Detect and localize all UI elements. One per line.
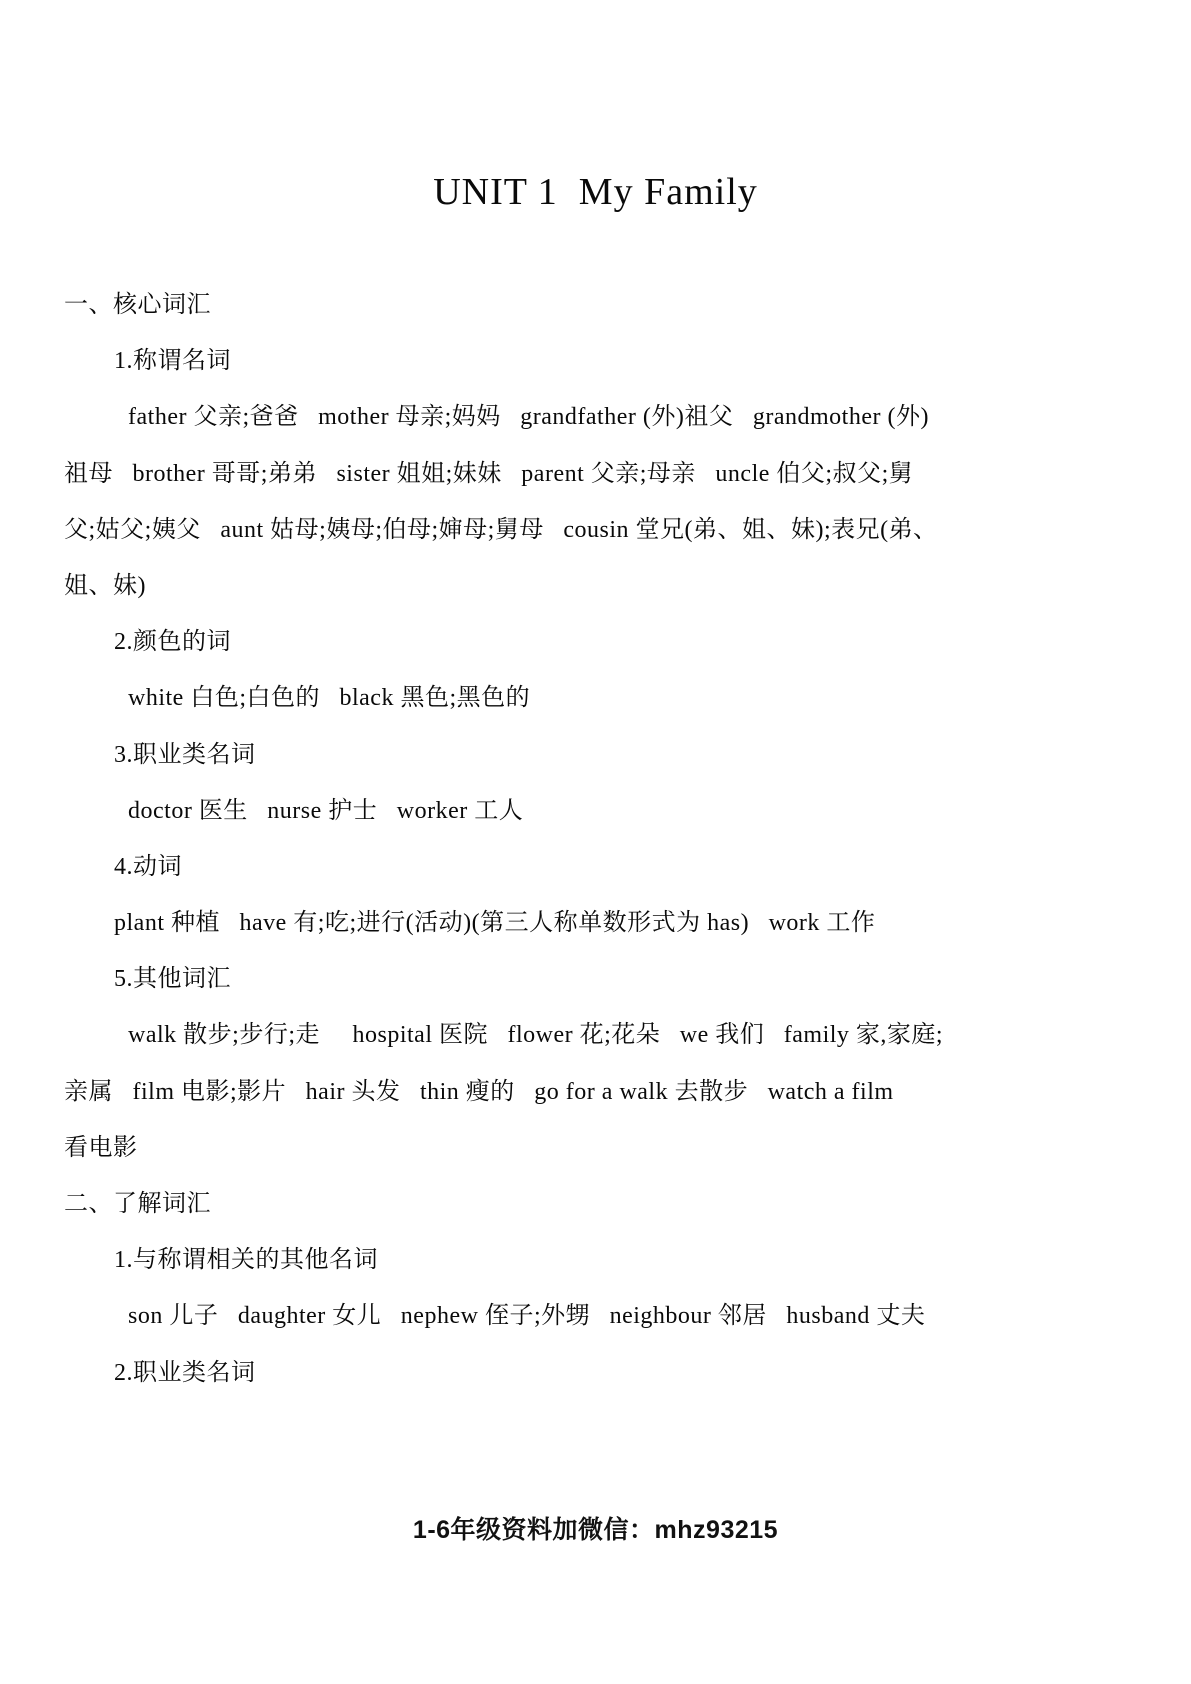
text-line: plant 种植 have 有;吃;进行(活动)(第三人称单数形式为 has) … <box>114 895 1131 951</box>
text-line: son 儿子 daughter 女儿 nephew 侄子;外甥 neighbou… <box>128 1288 1131 1344</box>
text-line: 父;姑父;姨父 aunt 姑母;姨母;伯母;婶母;舅母 cousin 堂兄(弟、… <box>64 502 1131 558</box>
footer-watermark: 1-6年级资料加微信：mhz93215 <box>0 1510 1191 1546</box>
text-line: father 父亲;爸爸 mother 母亲;妈妈 grandfather (外… <box>128 389 1131 445</box>
text-line: 祖母 brother 哥哥;弟弟 sister 姐姐;妹妹 parent 父亲;… <box>64 446 1131 502</box>
text-line: 2.颜色的词 <box>114 614 1131 670</box>
text-line: 4.动词 <box>114 839 1131 895</box>
text-line: 亲属 film 电影;影片 hair 头发 thin 瘦的 go for a w… <box>64 1064 1131 1120</box>
text-line: 1.与称谓相关的其他名词 <box>114 1232 1131 1288</box>
text-line: 一、核心词汇 <box>64 277 1131 333</box>
text-line: 看电影 <box>64 1120 1131 1176</box>
text-line: 1.称谓名词 <box>114 333 1131 389</box>
document-body: 一、核心词汇1.称谓名词father 父亲;爸爸 mother 母亲;妈妈 gr… <box>64 277 1131 1401</box>
document-page: UNIT 1 My Family 一、核心词汇1.称谓名词father 父亲;爸… <box>0 0 1191 1684</box>
text-line: 3.职业类名词 <box>114 727 1131 783</box>
text-line: 5.其他词汇 <box>114 951 1131 1007</box>
text-line: walk 散步;步行;走 hospital 医院 flower 花;花朵 we … <box>128 1007 1131 1063</box>
text-line: doctor 医生 nurse 护士 worker 工人 <box>128 783 1131 839</box>
text-line: white 白色;白色的 black 黑色;黑色的 <box>128 670 1131 726</box>
text-line: 姐、妹) <box>64 558 1131 614</box>
text-line: 2.职业类名词 <box>114 1345 1131 1401</box>
page-title: UNIT 1 My Family <box>0 0 1191 216</box>
text-line: 二、了解词汇 <box>64 1176 1131 1232</box>
